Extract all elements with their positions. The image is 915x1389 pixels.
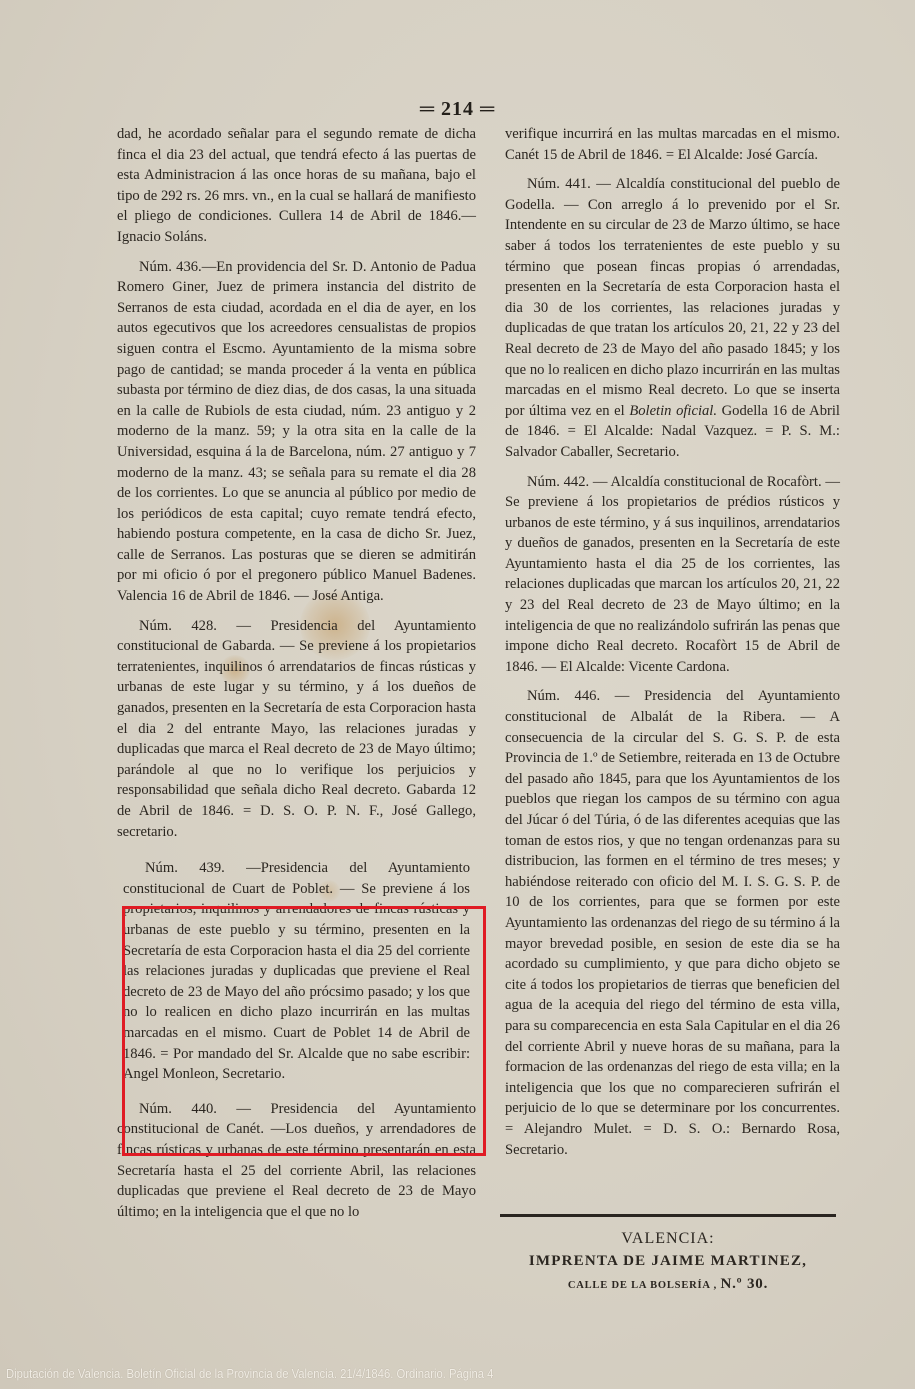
notice-text: — Alcaldía constitucional del pueblo de … bbox=[505, 176, 840, 419]
continuation-paragraph: verifique incurrirá en las multas marcad… bbox=[505, 124, 840, 165]
notice-number: Núm. 441. bbox=[527, 176, 591, 192]
notice-442: Núm. 442. — Alcaldía constitucional de R… bbox=[505, 472, 840, 678]
notice-436: Núm. 436.—En providencia del Sr. D. Anto… bbox=[117, 257, 476, 607]
continuation-paragraph: dad, he acordado señalar para el segundo… bbox=[117, 124, 476, 248]
right-column: verifique incurrirá en las multas marcad… bbox=[505, 124, 840, 1169]
street-number: N.º 30. bbox=[720, 1276, 768, 1292]
notice-441: Núm. 441. — Alcaldía constitucional del … bbox=[505, 174, 840, 462]
notice-428: Núm. 428. — Presidencia del Ayuntamiento… bbox=[117, 616, 476, 843]
imprint-press: IMPRENTA DE JAIME MARTINEZ, bbox=[500, 1249, 836, 1273]
notice-text: — Presidencia del Ayuntamiento constituc… bbox=[505, 688, 840, 1157]
publication-name: Boletin oficial. bbox=[629, 403, 717, 419]
page-number: ═ 214 ═ bbox=[0, 98, 915, 121]
notice-text: — Alcaldía constitucional de Rocafòrt. —… bbox=[505, 474, 840, 675]
printer-imprint: VALENCIA: IMPRENTA DE JAIME MARTINEZ, CA… bbox=[500, 1214, 836, 1297]
imprint-city: VALENCIA: bbox=[500, 1229, 836, 1249]
source-citation: Diputación de Valencia. Boletín Oficial … bbox=[6, 1367, 493, 1381]
notice-text: — Presidencia del Ayuntamiento constituc… bbox=[117, 618, 476, 840]
notice-text: —En providencia del Sr. D. Antonio de Pa… bbox=[117, 259, 476, 605]
notice-number: Núm. 428. bbox=[139, 618, 217, 634]
street-name: CALLE DE LA BOLSERÍA , bbox=[568, 1280, 717, 1291]
notice-number: Núm. 446. bbox=[527, 688, 600, 704]
scanned-page: ═ 214 ═ dad, he acordado señalar para el… bbox=[0, 0, 915, 1389]
imprint-street: CALLE DE LA BOLSERÍA , N.º 30. bbox=[500, 1273, 836, 1297]
notice-number: Núm. 439. bbox=[145, 860, 225, 876]
notice-446: Núm. 446. — Presidencia del Ayuntamiento… bbox=[505, 686, 840, 1160]
highlight-box-notice-439 bbox=[122, 906, 486, 1156]
horizontal-rule bbox=[500, 1214, 836, 1217]
notice-number: Núm. 442. bbox=[527, 474, 589, 490]
notice-number: Núm. 436. bbox=[139, 259, 202, 275]
